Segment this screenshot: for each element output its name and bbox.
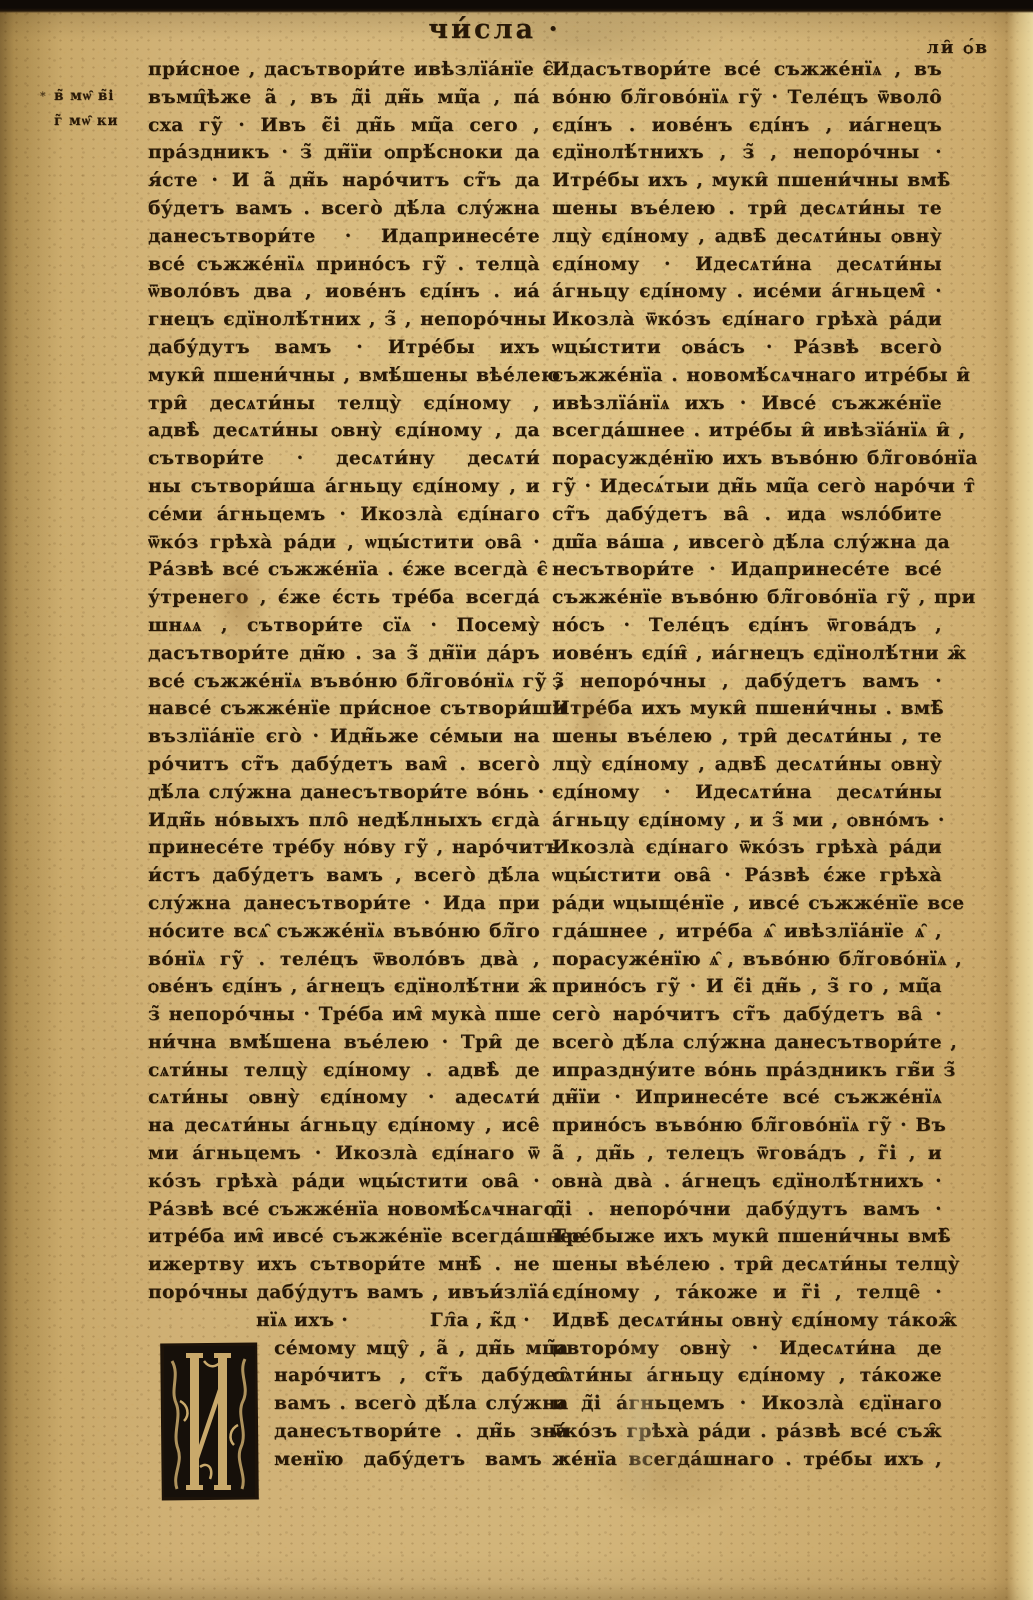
text-line: я́сте · И а̃ дн̃ь наро́читъ ст̃ъ да — [148, 167, 540, 195]
text-line: съжже́нїе въво́ню бл̃гово́нїа гу̃ , при — [552, 584, 942, 612]
chapter-heading-row: нїѧ ихъ · Гл̑а , к̃д · — [148, 1307, 540, 1335]
text-line: пра́здникъ · з̃ дн̃їи ѻпрѣ́сноки да — [148, 139, 540, 167]
text-line: сха гу̃ · Ивъ є̃і дн̃ь мц̃а сего , — [148, 112, 540, 140]
text-line: Итре́ба ихъ муки̑ пшени́чны . вмѣ̑ — [552, 695, 942, 723]
text-line: все́ съжже́нїѧ прино́съ гу̃ . телца̀ — [148, 251, 540, 279]
text-line: шены въе́лею . три̑ десѧти́ны те — [552, 195, 942, 223]
chapter-opening-lines: се́мому мцу̑ , а̃ , дн̃ь мц̃анаро́читъ ,… — [274, 1335, 569, 1474]
text-line: єді́ному · Идесѧти́на десѧти́ны — [552, 251, 942, 279]
text-line-fragment: нїѧ ихъ · — [256, 1307, 348, 1335]
text-line: ра́ди ѡцыще́нїе , ивсе́ съжже́нїе все — [552, 890, 942, 918]
text-line: сѧти́ны а́гньцу єді́ному , та́коже — [552, 1362, 942, 1390]
text-line: данесътвори́те . дн̃ь зна́ — [274, 1418, 569, 1446]
text-line: дѣ́ла слу́жна данесътвори́те во́нь · — [148, 779, 540, 807]
text-line: сътвори́те · десѧти́ну десѧти́ — [148, 445, 540, 473]
text-line: адвѣ̀ десѧти́ны ѻвну̀ єді́ному , да — [148, 417, 540, 445]
text-line: лцу̀ єді́ному , адвѣ̑ десѧти́ны ѻвну̀ — [552, 223, 942, 251]
text-line: и д̃і а́гньцемъ · Икозла̀ єдїнаго — [552, 1390, 942, 1418]
text-line: Икозла̀ ѿко́зъ єді́наго грѣха̀ ра́ди — [552, 306, 942, 334]
text-line: ипраздну́ите во́нь пра́здникъ гв̃и з̃ — [552, 1057, 942, 1085]
text-line: Идн̃ь но́выхъ пло̑ недѣ́лныхъ єгда̀ — [148, 807, 540, 835]
book-page-scan: чи́сла · ли̑ ѻ́в ⁎ в̃ мѡ̑ в̃іг̃ мѡ̑ ки п… — [0, 0, 1033, 1600]
text-line: порасуже́нїю ѧ̑ , въво́ню бл̃гово́нїѧ , — [552, 946, 942, 974]
text-line: на десѧти́ны а́гньцу єді́ному , исе̑ — [148, 1112, 540, 1140]
text-line: єді́ному · Идесѧти́на десѧти́ны — [552, 779, 942, 807]
text-line: ѡцы́стити ѻва̑ · Ра́звѣ є́же грѣха̀ — [552, 862, 942, 890]
text-line: дш̃а ва́ша , ивсего̀ дѣ́ла слу́жна да — [552, 529, 942, 557]
chapter-label: Гл̑а , к̃д · — [430, 1307, 530, 1335]
text-line: ѻвна̀ два̀ . а́гнецъ єдїнолѣ́тнихъ · — [552, 1168, 942, 1196]
text-line: се́мому мцу̑ , а̃ , дн̃ь мц̃а — [274, 1335, 569, 1363]
running-header: чи́сла · — [0, 14, 989, 45]
text-line: ны сътвори́ша а́гньцу єді́ному , и — [148, 473, 540, 501]
text-line: Тре́быже ихъ муки̑ пшени́чны вмѣ̑ — [552, 1223, 942, 1251]
text-line: д̃і . непоро́чни дабу́дутъ вамъ · — [552, 1196, 942, 1224]
text-line: поро́чны дабу́дутъ вамъ , ивъи́злїа́ — [148, 1279, 540, 1307]
text-line: ѡцы́стити ѻва́съ · Ра́звѣ всего̀ — [552, 334, 942, 362]
text-line: сѧти́ны ѻвну̀ єді́ному · адесѧти́ — [148, 1084, 540, 1112]
text-line: гда́шнее , итре́ба ѧ̑ ивѣзлїа́нїе ѧ̑ , — [552, 918, 942, 946]
text-line: во́ню бл̃гово́нїѧ гу̃ · Теле́цъ ѿволо̑ — [552, 84, 942, 112]
drop-cap-woodcut: И — [160, 1341, 260, 1508]
text-line: възлїа́нїе єго̀ · Идн̃ьже се́мыи на — [148, 723, 540, 751]
text-line: ѿко́зъ грѣха̀ ра́ди . ра́звѣ все́ съж̑ — [552, 1418, 942, 1446]
text-line: дабу́дутъ вамъ · Итре́бы ихъ — [148, 334, 540, 362]
text-line: лцу̀ єді́ному , адвѣ̑ десѧти́ны ѻвну̀ — [552, 751, 942, 779]
text-line: но́сите всѧ̑ съжже́нїѧ въво́ню бл̃го — [148, 918, 540, 946]
text-line: же́нїа всегда́шнаго . тре́бы ихъ , — [552, 1446, 942, 1474]
text-line: а̃ , дн̃ь , телецъ ѿгова́дъ , г̃і , и — [552, 1140, 942, 1168]
text-line: всего̀ дѣ́ла слу́жна данесътвори́те , — [552, 1029, 942, 1057]
chapter-opening-block: И — [148, 1335, 540, 1508]
text-line: дасътвори́те дн̃ю . за з̃ дн̃їи да́ръ — [148, 640, 540, 668]
text-line: ѿко́з грѣха̀ ра́ди , ѡцы́стити ѻва̑ · — [148, 529, 540, 557]
text-line: ѻве́нъ єді́нъ , а́гнецъ єдїнолѣ́тни ж̑ — [148, 973, 540, 1001]
text-line: єдїнолѣ́тнихъ , з̃ , непоро́чны · — [552, 139, 942, 167]
text-line: а́гньцу єді́ному , и з̃ ми , ѻвно́мъ · — [552, 807, 942, 835]
text-line: у́тренего , є́же є́сть тре́ба всегда́ — [148, 584, 540, 612]
text-line: гу̃ · Идесѧ́тыи дн̃ь мц̃а сего̀ наро́чи … — [552, 473, 942, 501]
text-line: єді́ному , та́коже и г̃і , телце̑ · — [552, 1279, 942, 1307]
text-line: Итре́бы ихъ , муки̑ пшени́чны вмѣ̑ — [552, 167, 942, 195]
text-line: несътвори́те · Идапринесе́те все́ — [552, 556, 942, 584]
text-line: порасужде́нїю ихъ въво́ню бл̃гово́нїа — [552, 445, 942, 473]
text-line: слу́жна данесътвори́те · Ида при — [148, 890, 540, 918]
text-line: Идасътвори́те все́ съжже́нїѧ , въ — [552, 56, 942, 84]
text-line: наро́читъ , ст̃ъ дабу́дет̑ — [274, 1362, 569, 1390]
text-line: вамъ . всего̀ дѣ́ла слу́жна — [274, 1390, 569, 1418]
text-line: Ра́звѣ все́ съжже́нїа новомѣ́сѧчнаго — [148, 1196, 540, 1224]
text-line: при́сное , дасътвори́те ивѣзлїа́нїе є̑ · — [148, 56, 540, 84]
text-line: ко́зъ грѣха̀ ра́ди ѡцы́стити ѻва̑ · — [148, 1168, 540, 1196]
text-line: шены въе́лею , три̑ десѧти́ны , те — [552, 723, 942, 751]
text-line: бу́детъ вамъ . всего̀ дѣ́ла слу́жна — [148, 195, 540, 223]
text-line: ми а́гньцемъ · Икозла̀ єді́наго ѿ — [148, 1140, 540, 1168]
text-line: шнѧѧ , сътвори́те сїѧ · Посему̀ — [148, 612, 540, 640]
text-line: ро́читъ ст̃ъ дабу́детъ вам̑ . всего̀ — [148, 751, 540, 779]
text-line: з̃ непоро́чны , дабу́детъ вамъ · — [552, 668, 942, 696]
text-line: ст̃ъ дабу́детъ ва̑ . ида ѡѕло́бите — [552, 501, 942, 529]
text-line: итре́ба им̑ ивсе́ съжже́нїе всегда́шнее — [148, 1223, 540, 1251]
text-line: ижертву ихъ сътвори́те мнѣ̑ . не — [148, 1251, 540, 1279]
text-line: ивѣзлїа́нїѧ ихъ · Ивсе́ съжже́нїе — [552, 390, 942, 418]
text-line: ѿволо́въ два , иове́нъ єді́нъ . иа́ — [148, 278, 540, 306]
text-column-right: Идасътвори́те все́ съжже́нїѧ , въво́ню б… — [552, 56, 942, 1474]
text-line: з̃ непоро́чны · Тре́ба им̑ мука̀ пше — [148, 1001, 540, 1029]
text-line: а́гньцу єді́ному . исе́ми а́гньцем̑ · — [552, 278, 942, 306]
text-line: съжже́нїа . новомѣ́сѧчнаго итре́бы и̑ — [552, 362, 942, 390]
text-line: и́стъ дабу́детъ вамъ , всего̀ дѣ́ла — [148, 862, 540, 890]
text-line: ни́чна вмѣ́шена въе́лею · Три̑ де — [148, 1029, 540, 1057]
text-line: муки̑ пшени́чны , вмѣ́шены вѣе́лею — [148, 362, 540, 390]
text-line: все́ съжже́нїѧ въво́ню бл̃гово́нїѧ гу̃ , — [148, 668, 540, 696]
text-line: въмц̑ѣже а̃ , въ д̃і дн̃ь мц̃а , па́ — [148, 84, 540, 112]
text-line: менїю дабу́детъ вамъ · — [274, 1446, 569, 1474]
text-column-left: при́сное , дасътвори́те ивѣзлїа́нїе є̑ ·… — [148, 56, 540, 1508]
text-line: єді́нъ . иове́нъ єді́нъ , иа́гнецъ — [552, 112, 942, 140]
text-line: прино́съ въво́ню бл̃гово́нїѧ гу̃ · Въ — [552, 1112, 942, 1140]
text-line: се́ми а́гньцемъ · Икозла̀ єді́наго — [148, 501, 540, 529]
text-line: ивторо́му ѻвну̀ · Идесѧти́на де — [552, 1335, 942, 1363]
text-line: иове́нъ єді́н̑ , иа́гнецъ єдїнолѣ́тни ж̑ — [552, 640, 942, 668]
text-line: всегда́шнее . итре́бы и̑ ивѣзїа́нїѧ и̑ , — [552, 417, 942, 445]
text-line: дн̃їи · Ипринесе́те все́ съжже́нїѧ — [552, 1084, 942, 1112]
text-line: Идвѣ̑ десѧти́ны ѻвну̀ єді́ному та́кож̑ — [552, 1307, 942, 1335]
text-line: но́съ · Теле́цъ єді́нъ ѿгова́дъ , — [552, 612, 942, 640]
text-line: навсе́ съжже́нїе при́сное сътвори́ши — [148, 695, 540, 723]
text-line: три̑ десѧти́ны телцу̀ єді́ному , — [148, 390, 540, 418]
text-line: шены вѣе́лею . три̑ десѧти́ны телцу̀ — [552, 1251, 942, 1279]
text-line: сего̀ наро́читъ ст̃ъ дабу́детъ ва̑ · — [552, 1001, 942, 1029]
text-line: принесе́те тре́бу но́ву гу̃ , наро́читъ — [148, 834, 540, 862]
text-line: прино́съ гу̃ · И є̃і дн̃ь , з̃ го , мц̃а — [552, 973, 942, 1001]
text-line: сѧти́ны телцу̀ єді́ному . адвѣ̀ де — [148, 1057, 540, 1085]
text-line: данесътвори́те · Идапринесе́те — [148, 223, 540, 251]
drop-cap-initial-icon — [160, 1341, 260, 1503]
margin-reference-mark: ⁎ — [40, 86, 46, 99]
text-line: гнецъ єдїнолѣ́тних , з̃ , непоро́чны — [148, 306, 540, 334]
text-line: во́нїѧ гу̃ . теле́цъ ѿволо́въ два̀ , — [148, 946, 540, 974]
text-line: Икозла̀ єді́наго ѿко́зъ грѣха̀ ра́ди — [552, 834, 942, 862]
text-line: Ра́звѣ все́ съжже́нїа . є́же всегда̀ є̑ — [148, 556, 540, 584]
scan-top-edge — [0, 0, 1033, 13]
